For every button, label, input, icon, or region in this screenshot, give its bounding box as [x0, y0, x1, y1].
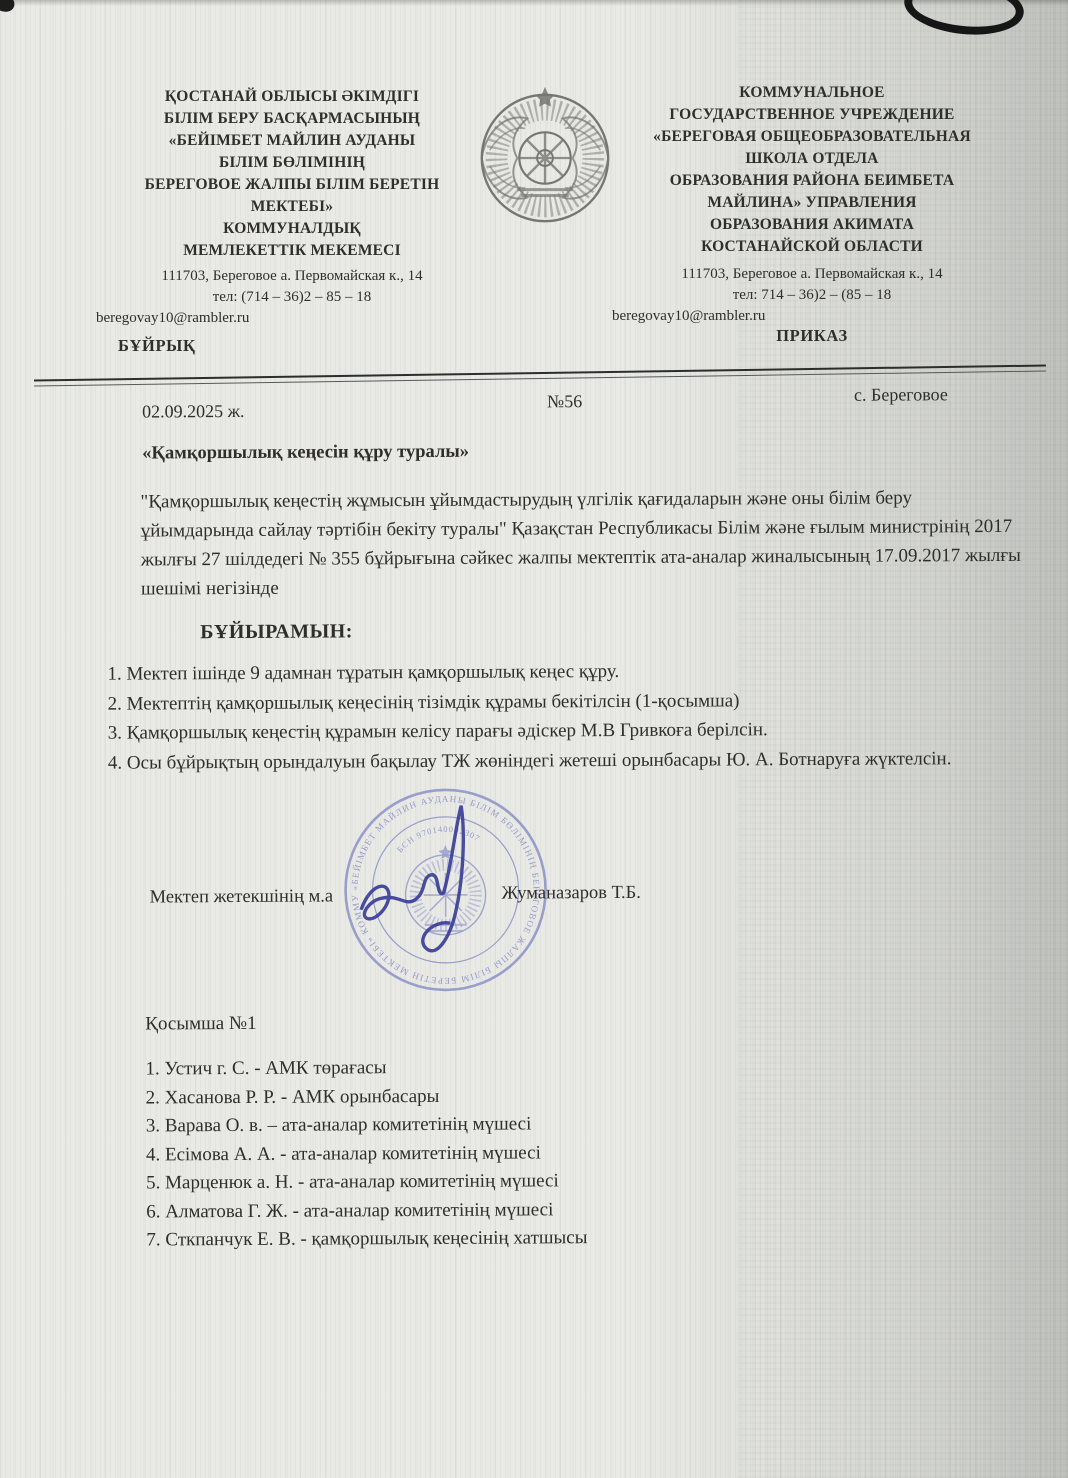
document-number: №56 — [547, 391, 582, 412]
signer-role: Мектеп жетекшінің м.а — [150, 886, 334, 908]
appendix-member: 6. Алматова Г. Ж. - ата-аналар комитетін… — [146, 1194, 846, 1226]
handwritten-signature — [351, 790, 504, 975]
scanned-order-document: ҚОСТАНАЙ ОБЛЫСЫ ӘКІМДІГІ БІЛІМ БЕРУ БАСҚ… — [0, 0, 1068, 1478]
appendix-member: 4. Есімова А. А. - ата-аналар комитетіні… — [146, 1137, 846, 1169]
appendix-member: 3. Варава О. в. – ата-аналар комитетінің… — [146, 1109, 846, 1141]
appendix-members-list: 1. Устич г. С. - АМК төрағасы 2. Хасанов… — [145, 1052, 846, 1255]
preamble-paragraph: "Қамқоршылық кеңестің жұмысын ұйымдастыр… — [140, 483, 1029, 604]
appendix-member: 2. Хасанова Р. Р. - АМК орынбасары — [146, 1080, 846, 1112]
appendix-member: 7. Сткпанчук Е. В. - қамқоршылық кеңесін… — [146, 1223, 846, 1255]
order-items-list: 1. Мектеп ішінде 9 адамнан тұратын қамқо… — [107, 655, 1026, 778]
appendix-heading: Қосымша №1 — [145, 1013, 256, 1036]
order-item: 3. Қамқоршылық кеңестің құрамын келісу п… — [108, 714, 1026, 748]
document-body: 02.09.2025 ж. №56 с. Береговое «Қамқоршы… — [0, 0, 1068, 1478]
signer-name: Жуманазаров Т.Б. — [502, 883, 641, 905]
document-date: 02.09.2025 ж. — [142, 401, 245, 423]
order-item: 4. Осы бұйрықтың орындалуын бақылау ТЖ ж… — [108, 743, 1026, 777]
appendix-member: 5. Марценюк а. Н. - ата-аналар комитетін… — [146, 1166, 846, 1198]
order-item: 2. Мектептің қамқоршылық кеңесінің тізім… — [108, 684, 1026, 718]
appendix-member: 1. Устич г. С. - АМК төрағасы — [145, 1052, 845, 1084]
order-item: 1. Мектеп ішінде 9 адамнан тұратын қамқо… — [107, 655, 1025, 689]
document-place: с. Береговое — [854, 384, 948, 405]
document-title: «Қамқоршылық кеңесін құру туралы» — [142, 442, 469, 465]
order-heading: БҰЙЫРАМЫН: — [200, 620, 353, 644]
